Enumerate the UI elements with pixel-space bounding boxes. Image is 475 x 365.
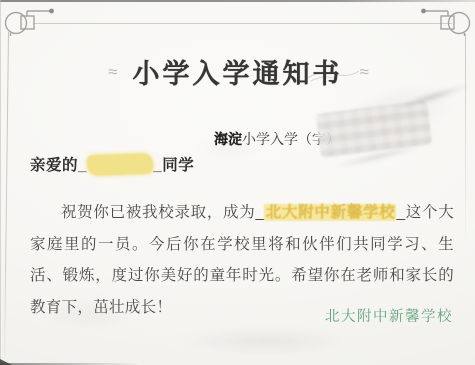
frame-line-top [33,23,452,24]
title-row: ≈ 小学入学通知书 ≈ [0,52,475,91]
notice-photo: ≈ 小学入学通知书 ≈ 海淀小学入学（字） 亲爱的__同学 祝贺你已被我校录取，… [0,0,475,365]
salutation-prefix: 亲爱的 [30,157,78,174]
photo-edge-top [0,0,475,2]
signature-school-name: 北大附中新馨学校 [325,305,453,326]
page-title: 小学入学通知书 [133,52,343,91]
title-flourish-right-icon: ≈ [360,63,367,80]
salutation-suffix: 同学 [162,157,194,174]
name-underscore-right: _ [153,157,162,174]
paper-texture-smudge [180,328,350,354]
title-flourish-left-icon: ≈ [108,63,115,80]
body-lead: 祝贺你已被我校录取，成为 [61,204,255,221]
serial-district: 海淀 [214,131,242,147]
name-underscore-left: _ [78,157,87,174]
salutation: 亲爱的__同学 [30,153,194,175]
redacted-name-highlight [87,153,154,176]
school-name-highlight: 北大附中新馨学校 [264,204,396,221]
